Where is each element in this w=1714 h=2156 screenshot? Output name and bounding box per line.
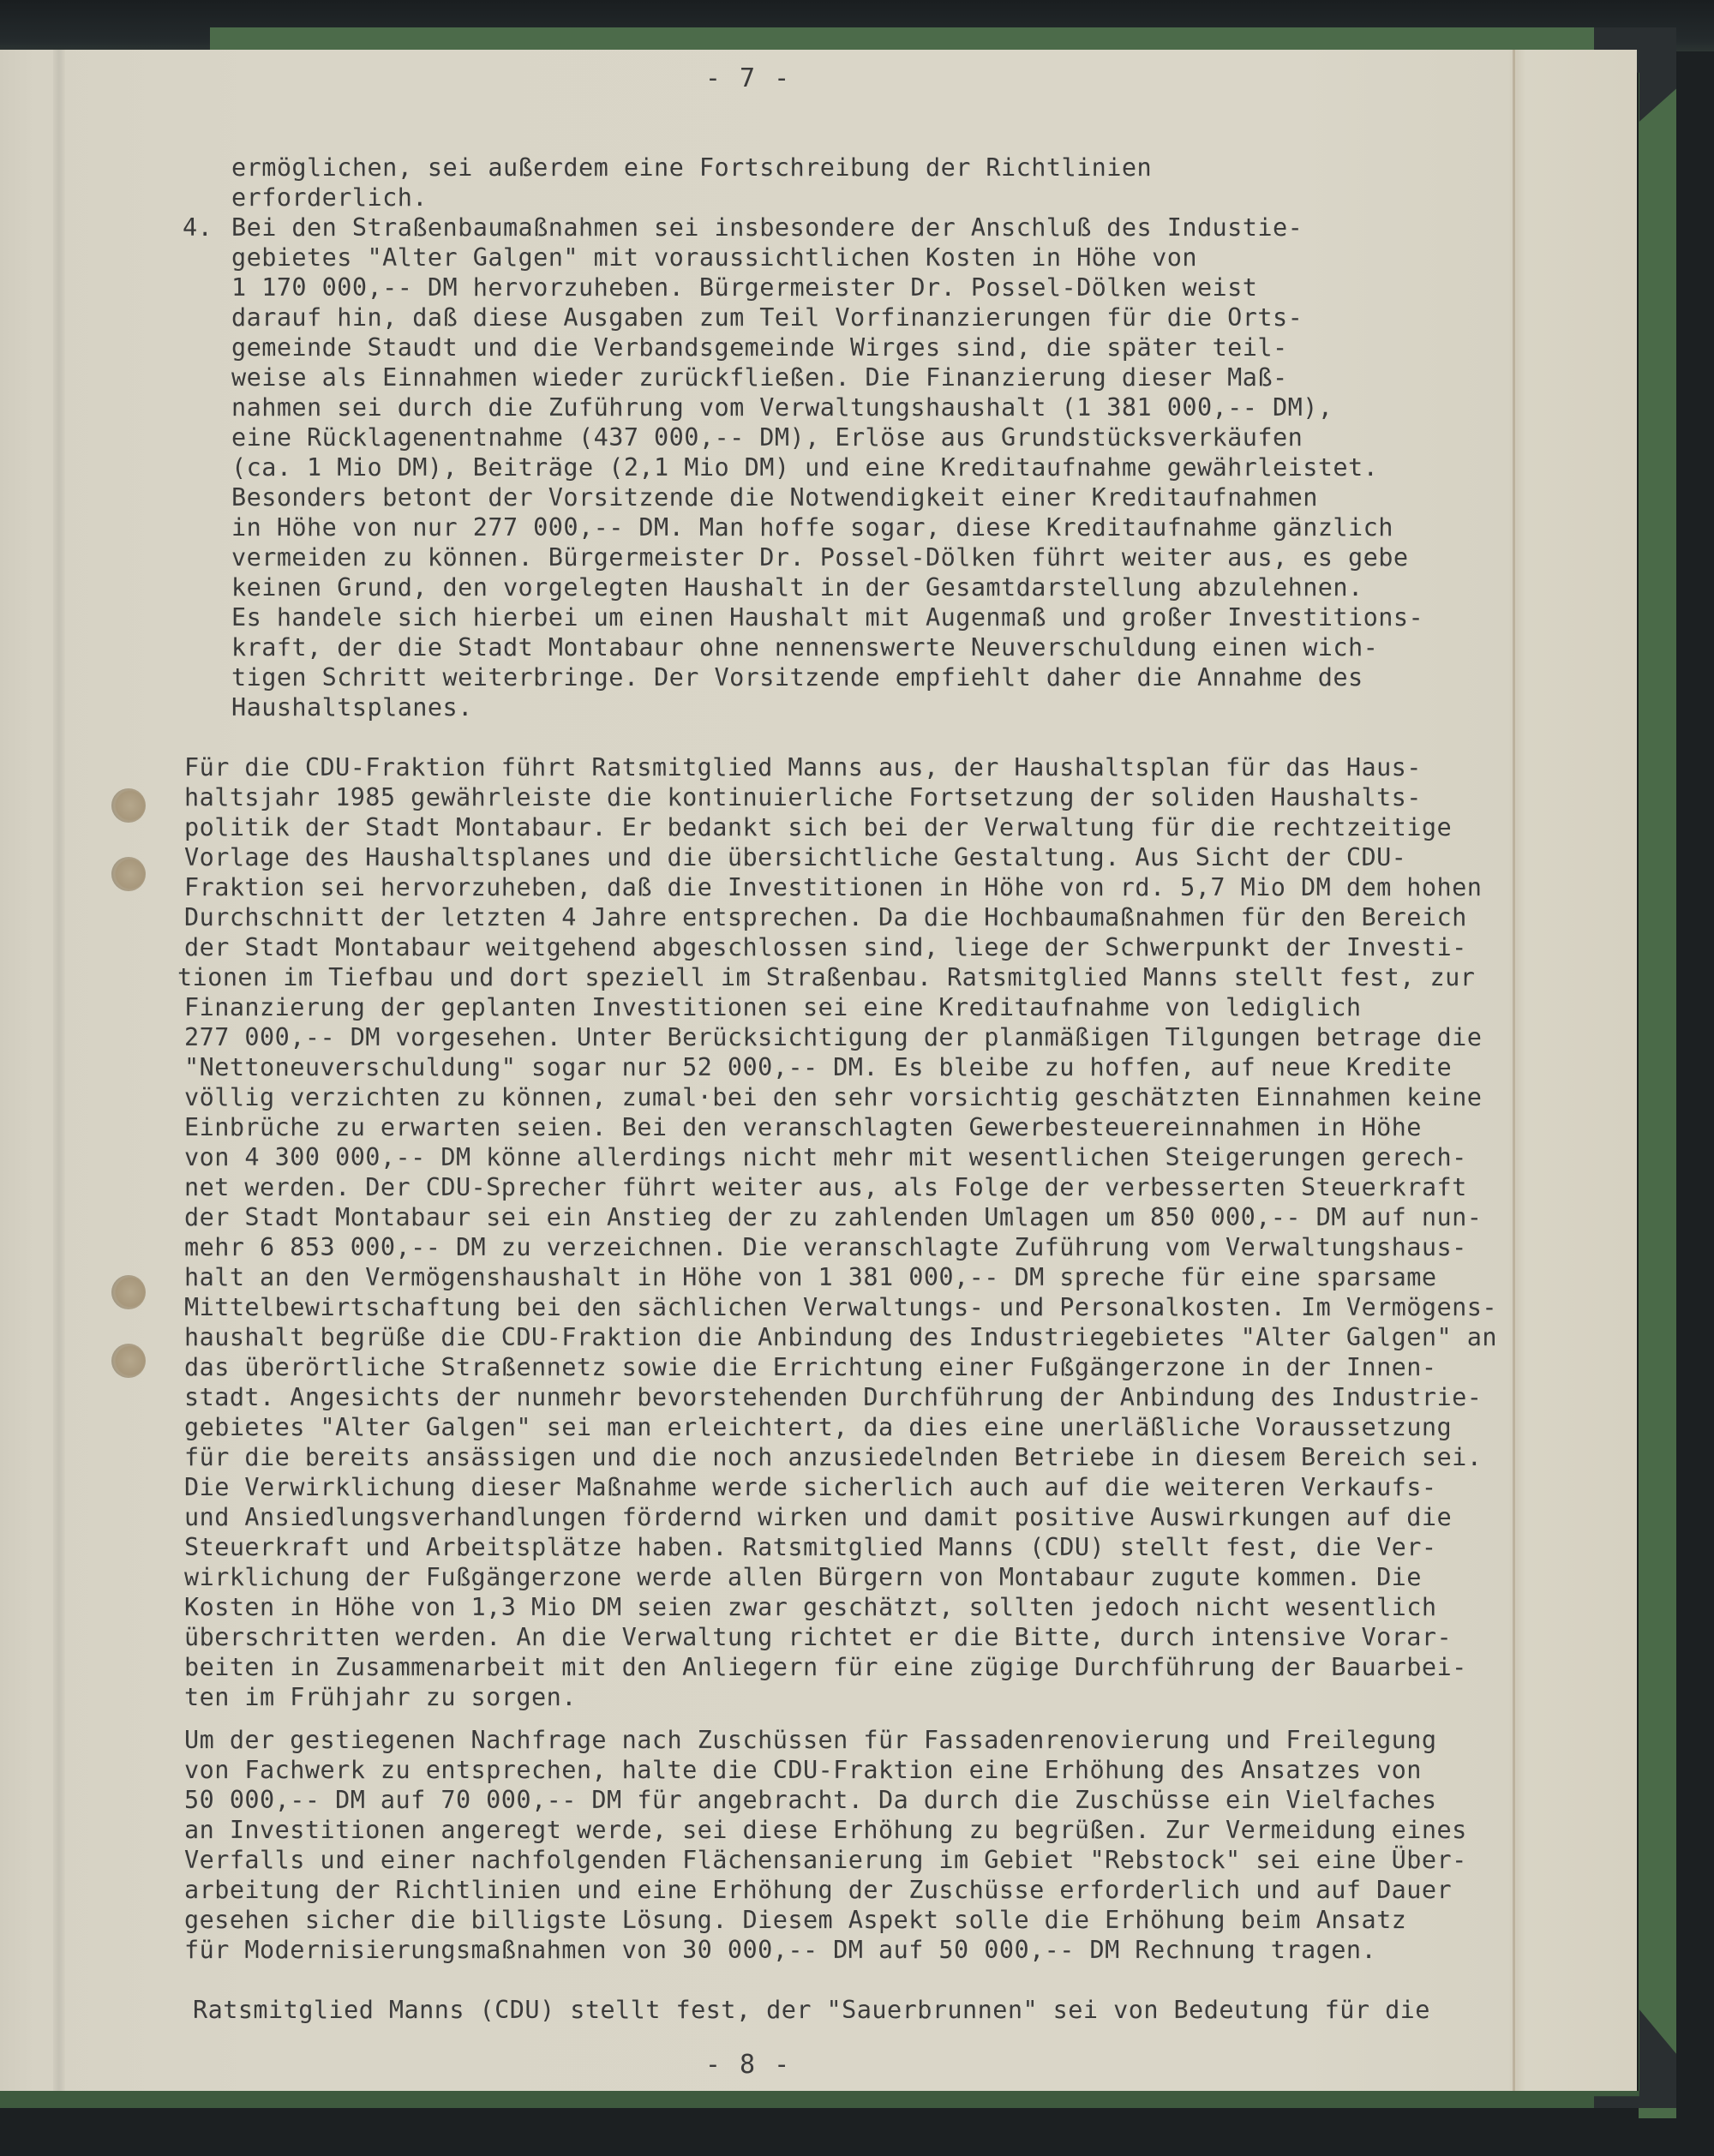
text-line: Durchschnitt der letzten 4 Jahre entspre… <box>184 902 1467 932</box>
text-line: politik der Stadt Montabaur. Er bedankt … <box>184 812 1452 842</box>
text-line: und Ansiedlungsverhandlungen fördernd wi… <box>184 1502 1452 1532</box>
text-line: Fraktion sei hervorzuheben, daß die Inve… <box>184 872 1482 902</box>
text-line: haushalt begrüße die CDU-Fraktion die An… <box>184 1322 1497 1352</box>
text-line: vermeiden zu können. Bürgermeister Dr. P… <box>231 542 1408 572</box>
text-line: wirklichung der Fußgängerzone werde alle… <box>184 1562 1422 1592</box>
text-line: Steuerkraft und Arbeitsplätze haben. Rat… <box>184 1532 1437 1562</box>
text-line: der Stadt Montabaur weitgehend abgeschlo… <box>184 932 1467 962</box>
text-line: gesehen sicher die billigste Lösung. Die… <box>184 1905 1406 1935</box>
binder-green-edge-bottom <box>0 2091 1676 2108</box>
text-line: tionen im Tiefbau und dort speziell im S… <box>177 962 1475 992</box>
text-line: Für die CDU-Fraktion führt Ratsmitglied … <box>184 752 1422 782</box>
text-line: arbeitung der Richtlinien und eine Erhöh… <box>184 1875 1452 1905</box>
text-line: in Höhe von nur 277 000,-- DM. Man hoffe… <box>231 512 1393 542</box>
text-line: Mittelbewirtschaftung bei den sächlichen… <box>184 1292 1497 1322</box>
text-line: gebietes "Alter Galgen" mit voraussichtl… <box>231 243 1197 272</box>
text-line: ten im Frühjahr zu sorgen. <box>184 1682 577 1712</box>
page-number-top: - 7 - <box>662 63 834 93</box>
punch-hole-icon <box>111 857 146 891</box>
text-line: völlig verzichten zu können, zumal·bei d… <box>184 1082 1482 1112</box>
text-line: halt an den Vermögenshaushalt in Höhe vo… <box>184 1262 1437 1292</box>
punch-hole-icon <box>111 1275 146 1309</box>
text-line: eine Rücklagenentnahme (437 000,-- DM), … <box>231 422 1303 452</box>
text-line: haltsjahr 1985 gewährleiste die kontinui… <box>184 782 1422 812</box>
text-line: Finanzierung der geplanten Investitionen… <box>184 992 1361 1022</box>
text-line: gemeinde Staudt und die Verbandsgemeinde… <box>231 332 1288 362</box>
text-line: Besonders betont der Vorsitzende die Not… <box>231 482 1318 512</box>
text-line: Es handele sich hierbei um einen Haushal… <box>231 602 1423 632</box>
text-line: weise als Einnahmen wieder zurückfließen… <box>231 362 1288 392</box>
text-line: mehr 6 853 000,-- DM zu verzeichnen. Die… <box>184 1232 1467 1262</box>
text-line: keinen Grund, den vorgelegten Haushalt i… <box>231 572 1363 602</box>
text-line: das überörtliche Straßennetz sowie die E… <box>184 1352 1437 1382</box>
page-edge-right <box>1513 50 1515 2091</box>
page-number-bottom: - 8 - <box>662 2050 834 2080</box>
text-line: "Nettoneuverschuldung" sogar nur 52 000,… <box>184 1052 1452 1082</box>
text-line: tigen Schritt weiterbringe. Der Vorsitze… <box>231 662 1363 692</box>
text-line: stadt. Angesichts der nunmehr bevorstehe… <box>184 1382 1482 1412</box>
text-line: Bei den Straßenbaumaßnahmen sei insbeson… <box>231 213 1303 243</box>
text-line: überschritten werden. An die Verwaltung … <box>184 1622 1452 1652</box>
text-line: 277 000,-- DM vorgesehen. Unter Berücksi… <box>184 1022 1482 1052</box>
text-line: von Fachwerk zu entsprechen, halte die C… <box>184 1755 1422 1785</box>
text-line: nahmen sei durch die Zuführung vom Verwa… <box>231 392 1333 422</box>
punch-hole-icon <box>111 1344 146 1378</box>
text-line: erforderlich. <box>231 183 428 213</box>
text-line: Verfalls und einer nachfolgenden Flächen… <box>184 1845 1467 1875</box>
text-line: gebietes "Alter Galgen" sei man erleicht… <box>184 1412 1452 1442</box>
binder-green-edge-top <box>210 27 1675 50</box>
text-line: Ratsmitglied Manns (CDU) stellt fest, de… <box>193 1995 1430 2025</box>
text-line: net werden. Der CDU-Sprecher führt weite… <box>184 1172 1467 1202</box>
text-line: beiten in Zusammenarbeit mit den Anliege… <box>184 1652 1467 1682</box>
text-line: von 4 300 000,-- DM könne allerdings nic… <box>184 1142 1467 1172</box>
text-line: Um der gestiegenen Nachfrage nach Zuschü… <box>184 1725 1437 1755</box>
text-line: kraft, der die Stadt Montabaur ohne nenn… <box>231 632 1378 662</box>
text-line: Kosten in Höhe von 1,3 Mio DM seien zwar… <box>184 1592 1437 1622</box>
text-line: 1 170 000,-- DM hervorzuheben. Bürgermei… <box>231 272 1257 302</box>
list-marker: 4. <box>183 213 213 243</box>
text-line: ermöglichen, sei außerdem eine Fortschre… <box>231 153 1152 183</box>
text-line: 50 000,-- DM auf 70 000,-- DM für angebr… <box>184 1785 1437 1815</box>
page-fold-shadow <box>53 50 65 2091</box>
text-line: Die Verwirklichung dieser Maßnahme werde… <box>184 1472 1437 1502</box>
text-line: darauf hin, daß diese Ausgaben zum Teil … <box>231 302 1303 332</box>
text-line: für Modernisierungsmaßnahmen von 30 000,… <box>184 1935 1376 1965</box>
text-line: (ca. 1 Mio DM), Beiträge (2,1 Mio DM) un… <box>231 452 1378 482</box>
text-line: für die bereits ansässigen und die noch … <box>184 1442 1482 1472</box>
punch-hole-icon <box>111 788 146 823</box>
text-line: Einbrüche zu erwarten seien. Bei den ver… <box>184 1112 1422 1142</box>
text-line: an Investitionen angeregt werde, sei die… <box>184 1815 1467 1845</box>
binder-green-edge-right <box>1639 27 1676 2118</box>
text-line: Haushaltsplanes. <box>231 692 473 722</box>
text-line: der Stadt Montabaur sei ein Anstieg der … <box>184 1202 1482 1232</box>
text-line: Vorlage des Haushaltsplanes und die über… <box>184 842 1406 872</box>
